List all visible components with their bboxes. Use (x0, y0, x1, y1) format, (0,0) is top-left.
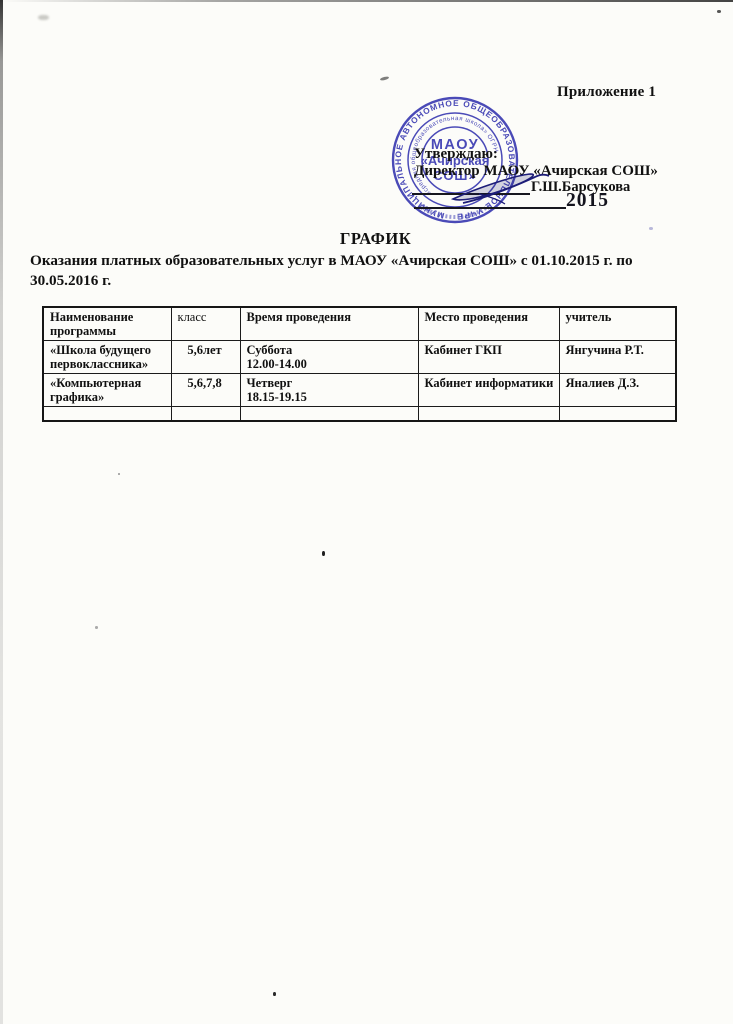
scan-edge-top (0, 0, 733, 2)
cell-class (171, 407, 240, 421)
table-row-empty (43, 407, 676, 421)
cell-time: Четверг 18.15-19.15 (240, 374, 418, 407)
cell-teacher: Яналиев Д.З. (559, 374, 676, 407)
table-header-row: Наименование программы класс Время прове… (43, 307, 676, 341)
cell-teacher: Янгучина Р.Т. (559, 341, 676, 374)
table-row: «Школа будущего первоклассника» 5,6лет С… (43, 341, 676, 374)
header-program-name: Наименование программы (43, 307, 171, 341)
schedule-table: Наименование программы класс Время прове… (42, 306, 677, 422)
cell-class: 5,6лет (171, 341, 240, 374)
appendix-label: Приложение 1 (557, 84, 656, 101)
intro-paragraph: Оказания платных образовательных услуг в… (30, 251, 686, 290)
scan-speck (273, 992, 276, 996)
approve-label: Утверждаю: (414, 146, 498, 163)
header-teacher: учитель (559, 307, 676, 341)
cell-place: Кабинет информатики (418, 374, 559, 407)
cell-program-name: «Школа будущего первоклассника» (43, 341, 171, 374)
scan-speck (95, 626, 98, 629)
scan-smudge (38, 15, 49, 20)
cell-time (240, 407, 418, 421)
cell-teacher (559, 407, 676, 421)
cell-place (418, 407, 559, 421)
cell-program-name (43, 407, 171, 421)
cell-time: Суббота 12.00-14.00 (240, 341, 418, 374)
year-text: 2015 (566, 190, 609, 212)
scan-speck (322, 551, 325, 556)
scan-speck (118, 473, 120, 475)
scanned-document-page: Приложение 1 МУНИЦИПАЛЬНОЕ АВТОНОМНОЕ ОБ… (0, 0, 733, 1024)
cell-program-name: «Компьютерная графика» (43, 374, 171, 407)
document-title: ГРАФИК (0, 229, 733, 249)
header-place: Место проведения (418, 307, 559, 341)
cell-place: Кабинет ГКП (418, 341, 559, 374)
scan-squiggle (380, 76, 389, 81)
header-time: Время проведения (240, 307, 418, 341)
header-class: класс (171, 307, 240, 341)
scan-edge-left (0, 0, 3, 1024)
scan-speck (717, 10, 721, 13)
table-row: «Компьютерная графика» 5,6,7,8 Четверг 1… (43, 374, 676, 407)
cell-class: 5,6,7,8 (171, 374, 240, 407)
date-line (414, 207, 566, 209)
